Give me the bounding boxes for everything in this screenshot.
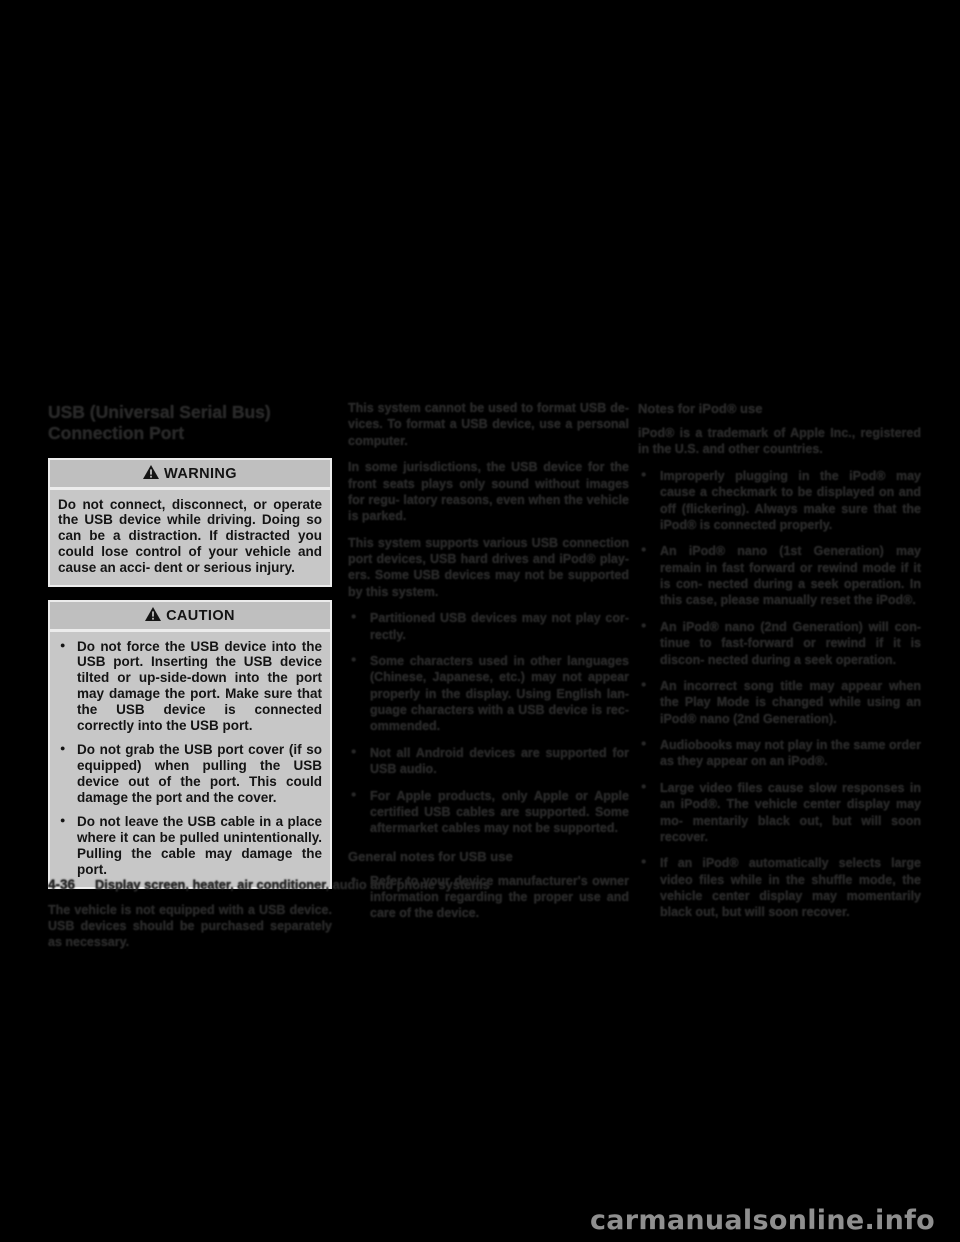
warning-box-body: Do not connect, disconnect, or operate t… — [50, 490, 330, 585]
list-item: Partitioned USB devices may not play cor… — [348, 610, 629, 643]
page-number: 4-36 — [48, 877, 75, 892]
list-item: Audiobooks may not play in the same orde… — [638, 737, 921, 770]
list-item: Not all Android devices are supported fo… — [348, 745, 629, 778]
list-item: Some characters used in other languages … — [348, 653, 629, 735]
watermark: carmanualsonline.info — [590, 1205, 935, 1236]
warning-box-header: WARNING — [50, 460, 330, 490]
caution-label: CAUTION — [166, 608, 235, 624]
list-item: Improperly plugging in the iPod® may cau… — [638, 468, 921, 534]
list-item: If an iPod® automatically selects large … — [638, 855, 921, 921]
chapter-title: Display screen, heater, air conditioner,… — [95, 877, 490, 892]
paragraph: This system cannot be used to format USB… — [348, 400, 629, 449]
warning-text: Do not connect, disconnect, or operate t… — [58, 497, 322, 576]
ipod-notes-heading: Notes for iPod® use — [638, 401, 921, 416]
general-notes-heading: General notes for USB use — [348, 849, 629, 864]
caution-item: Do not leave the USB cable in a place wh… — [58, 814, 322, 877]
page-title: USB (Universal Serial Bus) Connection Po… — [48, 402, 332, 445]
caution-item: Do not force the USB device into the USB… — [58, 639, 322, 734]
list-item: An iPod® nano (1st Generation) may remai… — [638, 543, 921, 609]
list-item: An iPod® nano (2nd Generation) will con-… — [638, 619, 921, 668]
caution-item: Do not grab the USB port cover (if so eq… — [58, 742, 322, 805]
list-item: For Apple products, only Apple or Apple … — [348, 788, 629, 837]
paragraph: In some jurisdictions, the USB device fo… — [348, 459, 629, 525]
caution-box-header: CAUTION — [50, 602, 330, 632]
warning-box: WARNING Do not connect, disconnect, or o… — [48, 458, 332, 587]
list-item: Large video files cause slow responses i… — [638, 780, 921, 846]
left-column: USB (Universal Serial Bus) Connection Po… — [48, 400, 332, 950]
page-footer: 4-36Display screen, heater, air conditio… — [48, 876, 490, 894]
usb-device-note: The vehicle is not equipped with a USB d… — [48, 902, 332, 951]
paragraph: iPod® is a trademark of Apple Inc., regi… — [638, 425, 921, 458]
manual-page-scan: USB (Universal Serial Bus) Connection Po… — [0, 0, 960, 1242]
paragraph: This system supports various USB connect… — [348, 535, 629, 601]
list-item: An incorrect song title may appear when … — [638, 678, 921, 727]
warning-triangle-icon — [143, 465, 159, 483]
warning-triangle-icon — [145, 607, 161, 625]
warning-label: WARNING — [164, 466, 237, 482]
middle-column: This system cannot be used to format USB… — [348, 400, 629, 932]
caution-box-body: Do not force the USB device into the USB… — [50, 632, 330, 887]
right-column: Notes for iPod® use iPod® is a trademark… — [638, 400, 921, 931]
caution-box: CAUTION Do not force the USB device into… — [48, 600, 332, 889]
